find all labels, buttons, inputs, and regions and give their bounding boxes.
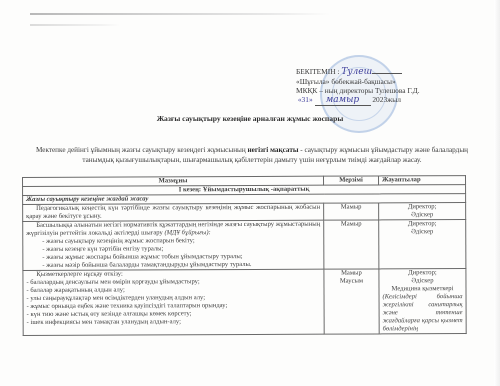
term-line: Маусым <box>327 277 375 285</box>
table-row: Қызметкерлерге нұсқау өткізу: - балалард… <box>23 269 466 336</box>
intro-prefix: Мектепке дейінгі ұйымның жазғы сауықтыру… <box>36 146 248 154</box>
approval-heading: БЕКІТЕМІН : <box>296 67 339 76</box>
responsible-note: (Келісімдері бойынша жергілікті санитарл… <box>383 293 463 333</box>
row-responsible: Директор; Әдіскер Медицина қызметкері (К… <box>379 269 466 334</box>
row-term: Мамыр <box>324 203 379 220</box>
header-term: Мерзімі <box>323 176 378 185</box>
row-responsible: Директор; Әдіскер <box>379 203 466 220</box>
responsible-line: Әдіскер <box>382 211 462 219</box>
intro-paragraph: Мектепке дейінгі ұйымның жазғы сауықтыру… <box>28 145 476 165</box>
header-responsible: Жауаптылар <box>378 176 465 185</box>
scan-artifact <box>30 24 120 26</box>
row-term: Мамыр <box>324 220 379 269</box>
plan-table: Мазмұны Мерзімі Жауаптылар I кезең: Ұйым… <box>22 175 467 336</box>
approval-org: «Шұғыла» бөбекжай-бақшасы» <box>296 77 420 86</box>
approval-block: БЕКІТЕМІН : Тулеш «Шұғыла» бөбекжай-бақш… <box>296 67 420 106</box>
row-content: Басшылыққа алынатын негізгі нормативтік … <box>23 220 324 270</box>
approval-director: МКҚК – ның директоры Тулешова Г.Д. <box>296 86 420 95</box>
approval-year: 2023жыл <box>372 95 401 104</box>
responsible-line: Әдіскер <box>382 228 462 236</box>
document-title: Жазғы сауықтыру кезеңіне арналған жұмыс … <box>0 114 500 123</box>
row-term: Мамыр Маусым <box>324 269 379 334</box>
table-row: Педагогикалық кеңестің күн тәртібінде жа… <box>23 203 466 222</box>
scan-artifact <box>30 13 330 15</box>
page-edge <box>494 0 500 386</box>
term-line: Мамыр <box>327 269 375 277</box>
bullet-item: - ішек инфекциясы мен тамақтан уланудың … <box>27 318 321 327</box>
row-responsible: Директор; Әдіскер <box>379 220 466 269</box>
row-content: Педагогикалық кеңестің күн тәртібінде жа… <box>23 203 324 221</box>
intro-goal: негізгі мақсаты <box>248 146 299 154</box>
row-text-italic: (МДҰ бұйрығы): <box>164 229 210 236</box>
approval-month: мамыр <box>315 96 371 106</box>
row-content: Қызметкерлерге нұсқау өткізу: - балалард… <box>23 269 324 335</box>
table-row: Басшылыққа алынатын негізгі нормативтік … <box>23 220 466 271</box>
approval-day: «31» <box>298 95 313 104</box>
signature: Тулеш <box>341 67 372 77</box>
